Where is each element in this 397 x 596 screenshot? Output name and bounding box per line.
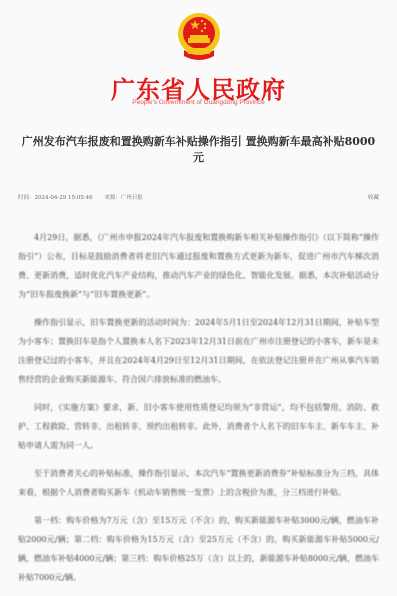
paragraph: 同时，《实施方案》要求，新、旧小客车使用性质登记均须为“非营运”，均不包括警用、… [18,398,379,455]
favorite-link[interactable]: 收藏 [368,193,379,201]
site-subtitle: People's Government of Guangdong Provinc… [0,99,397,106]
paragraph: 第一档：购车价格为7万元（含）至15万元（不含）的，购买新能源车补贴3000元/… [18,511,379,536]
article-source: 来源：广州日报 [104,195,143,201]
national-emblem-icon [176,12,222,64]
publish-time: 时间：2024-04-29 15:05:46 [18,195,93,201]
paragraph: 4月29日，据悉，《广州市申报2024年汽车报废和置换购新车相关补贴操作指引》（… [18,228,379,304]
paragraph: 操作指引显示，旧车置换更新的活动时间为：2024年5月1日至2024年12月31… [18,313,379,389]
paragraph: 至于消费者关心的补贴标准，操作指引显示，本次汽车“置换更新消费券”补贴标准分为三… [18,464,379,502]
article-meta: 时间：2024-04-29 15:05:46 来源：广州日报 收藏 [18,193,379,201]
article-title: 广州发布汽车报废和置换购新车补贴操作指引 置换购新车最高补贴8000元 [18,134,379,166]
article-body: 4月29日，据悉，《广州市申报2024年汽车报废和置换购新车相关补贴操作指引》（… [18,228,379,536]
site-header: 广东省人民政府 People's Government of Guangdong… [0,0,397,120]
